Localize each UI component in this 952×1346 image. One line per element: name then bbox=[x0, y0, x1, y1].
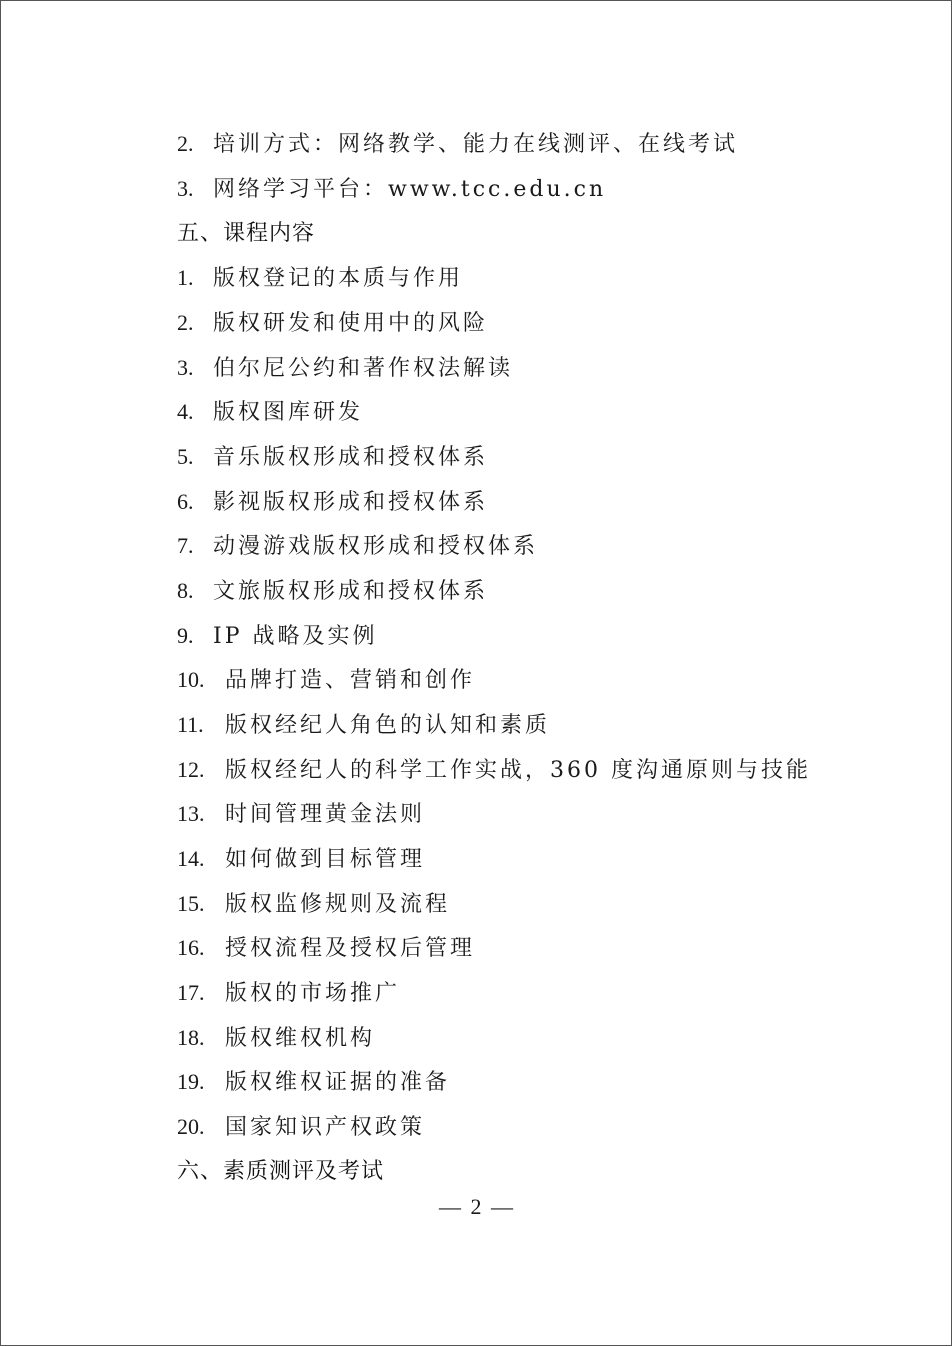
item-text: 网络学习平台：www.tcc.edu.cn bbox=[213, 177, 606, 202]
course-item: 20.国家知识产权政策 bbox=[177, 1113, 425, 1142]
item-text: IP 战略及实例 bbox=[213, 624, 378, 649]
document-page: 2.培训方式：网络教学、能力在线测评、在线考试 3.网络学习平台：www.tcc… bbox=[0, 0, 952, 1346]
course-item: 9.IP 战略及实例 bbox=[177, 622, 378, 651]
item-number: 18. bbox=[177, 1024, 225, 1052]
item-number: 13. bbox=[177, 800, 225, 828]
item-number: 8. bbox=[177, 577, 213, 605]
item-number: 12. bbox=[177, 756, 225, 784]
item-text: 音乐版权形成和授权体系 bbox=[213, 445, 488, 470]
page-number: — 2 — bbox=[1, 1193, 952, 1221]
course-item: 2.版权研发和使用中的风险 bbox=[177, 309, 488, 338]
item-text: 动漫游戏版权形成和授权体系 bbox=[213, 534, 538, 559]
course-item: 13.时间管理黄金法则 bbox=[177, 800, 425, 829]
section-heading-course-content: 五、课程内容 bbox=[177, 220, 315, 248]
course-item: 14.如何做到目标管理 bbox=[177, 845, 425, 874]
item-number: 4. bbox=[177, 398, 213, 426]
course-item: 10.品牌打造、营销和创作 bbox=[177, 666, 475, 695]
item-text: 时间管理黄金法则 bbox=[225, 802, 425, 827]
item-number: 2. bbox=[177, 309, 213, 337]
item-number: 3. bbox=[177, 354, 213, 382]
item-text: 国家知识产权政策 bbox=[225, 1115, 425, 1140]
item-text: 伯尔尼公约和著作权法解读 bbox=[213, 356, 513, 381]
item-text: 版权经纪人角色的认知和素质 bbox=[225, 713, 550, 738]
item-text: 版权登记的本质与作用 bbox=[213, 266, 463, 291]
item-number: 20. bbox=[177, 1113, 225, 1141]
item-text: 文旅版权形成和授权体系 bbox=[213, 579, 488, 604]
course-item: 12.版权经纪人的科学工作实战，360 度沟通原则与技能 bbox=[177, 756, 811, 785]
training-method-line: 2.培训方式：网络教学、能力在线测评、在线考试 bbox=[177, 130, 738, 159]
course-item: 11.版权经纪人角色的认知和素质 bbox=[177, 711, 550, 740]
item-text: 版权监修规则及流程 bbox=[225, 892, 450, 917]
item-number: 15. bbox=[177, 890, 225, 918]
course-item: 15.版权监修规则及流程 bbox=[177, 890, 450, 919]
item-number: 2. bbox=[177, 130, 213, 158]
section-heading-assessment: 六、素质测评及考试 bbox=[177, 1158, 384, 1186]
item-number: 9. bbox=[177, 622, 213, 650]
course-item: 16.授权流程及授权后管理 bbox=[177, 934, 475, 963]
item-number: 3. bbox=[177, 175, 213, 203]
course-item: 1.版权登记的本质与作用 bbox=[177, 264, 463, 293]
item-number: 16. bbox=[177, 934, 225, 962]
item-number: 19. bbox=[177, 1068, 225, 1096]
course-item: 5.音乐版权形成和授权体系 bbox=[177, 443, 488, 472]
item-text: 版权维权机构 bbox=[225, 1026, 375, 1051]
item-text: 版权经纪人的科学工作实战，360 度沟通原则与技能 bbox=[225, 758, 811, 783]
item-number: 14. bbox=[177, 845, 225, 873]
course-item: 17.版权的市场推广 bbox=[177, 979, 400, 1008]
item-text: 如何做到目标管理 bbox=[225, 847, 425, 872]
item-number: 17. bbox=[177, 979, 225, 1007]
course-item: 19.版权维权证据的准备 bbox=[177, 1068, 450, 1097]
course-item: 18.版权维权机构 bbox=[177, 1024, 375, 1053]
item-text: 版权的市场推广 bbox=[225, 981, 400, 1006]
item-number: 5. bbox=[177, 443, 213, 471]
item-text: 版权研发和使用中的风险 bbox=[213, 311, 488, 336]
learning-platform-line: 3.网络学习平台：www.tcc.edu.cn bbox=[177, 175, 606, 204]
item-number: 1. bbox=[177, 264, 213, 292]
course-item: 3.伯尔尼公约和著作权法解读 bbox=[177, 354, 513, 383]
item-number: 6. bbox=[177, 488, 213, 516]
item-text: 影视版权形成和授权体系 bbox=[213, 490, 488, 515]
item-text: 版权维权证据的准备 bbox=[225, 1070, 450, 1095]
course-item: 7.动漫游戏版权形成和授权体系 bbox=[177, 532, 538, 561]
course-item: 6.影视版权形成和授权体系 bbox=[177, 488, 488, 517]
item-number: 11. bbox=[177, 711, 225, 739]
item-text: 授权流程及授权后管理 bbox=[225, 936, 475, 961]
item-number: 10. bbox=[177, 666, 225, 694]
course-item: 4.版权图库研发 bbox=[177, 398, 363, 427]
item-text: 版权图库研发 bbox=[213, 400, 363, 425]
item-number: 7. bbox=[177, 532, 213, 560]
item-text: 品牌打造、营销和创作 bbox=[225, 668, 475, 693]
course-item: 8.文旅版权形成和授权体系 bbox=[177, 577, 488, 606]
item-text: 培训方式：网络教学、能力在线测评、在线考试 bbox=[213, 132, 738, 157]
